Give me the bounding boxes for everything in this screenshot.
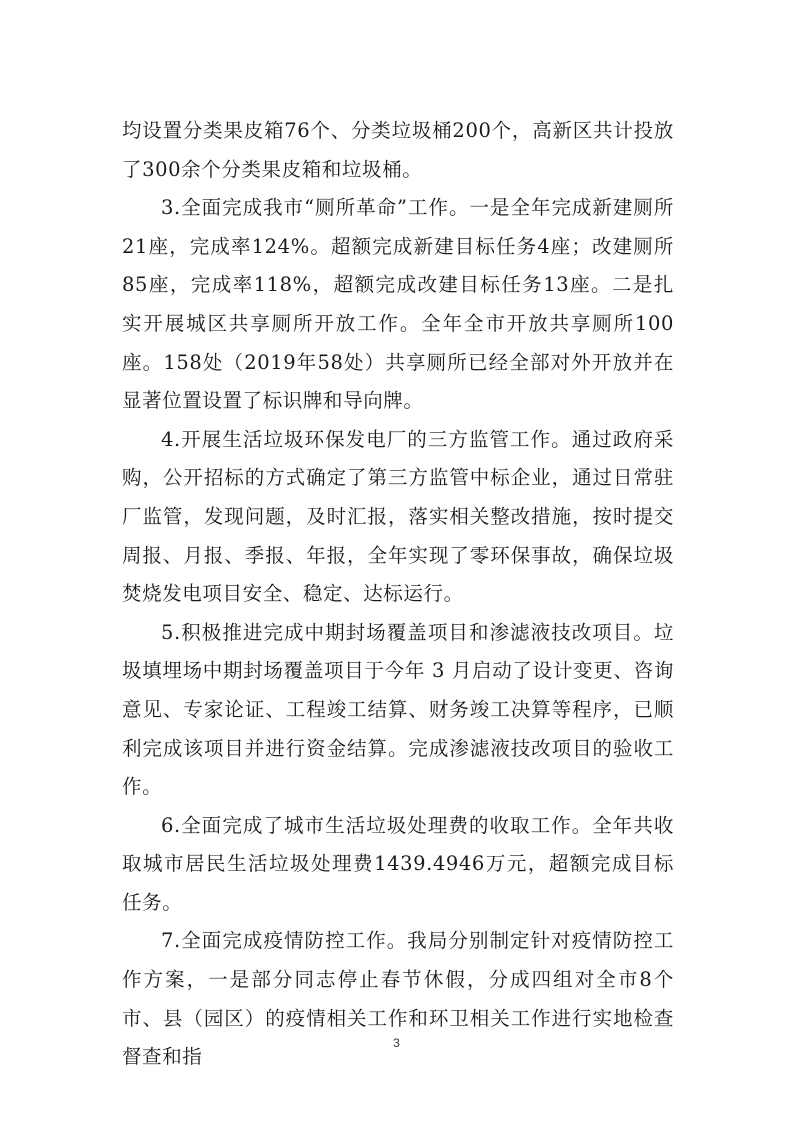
paragraph-item-7: 7.全面完成疫情防控工作。我局分别制定针对疫情防控工作方案，一是部分同志停止春节… <box>122 922 674 1076</box>
body-text: 均设置分类果皮箱76个、分类垃圾桶200个，高新区共计投放了300余个分类果皮箱… <box>122 112 674 1077</box>
paragraph-item-6: 6.全面完成了城市生活垃圾处理费的收取工作。全年共收取城市居民生活垃圾处理费14… <box>122 807 674 923</box>
paragraph-continuation: 均设置分类果皮箱76个、分类垃圾桶200个，高新区共计投放了300余个分类果皮箱… <box>122 112 674 189</box>
paragraph-item-3: 3.全面完成我市“厕所革命”工作。一是全年完成新建厕所21座，完成率124%。超… <box>122 189 674 421</box>
paragraph-item-4: 4.开展生活垃圾环保发电厂的三方监管工作。通过政府采购，公开招标的方式确定了第三… <box>122 421 674 614</box>
paragraph-item-5: 5.积极推进完成中期封场覆盖项目和渗滤液技改项目。垃圾填埋场中期封场覆盖项目于今… <box>122 614 674 807</box>
document-page: 均设置分类果皮箱76个、分类垃圾桶200个，高新区共计投放了300余个分类果皮箱… <box>0 0 793 1122</box>
page-number: 3 <box>0 1036 793 1050</box>
